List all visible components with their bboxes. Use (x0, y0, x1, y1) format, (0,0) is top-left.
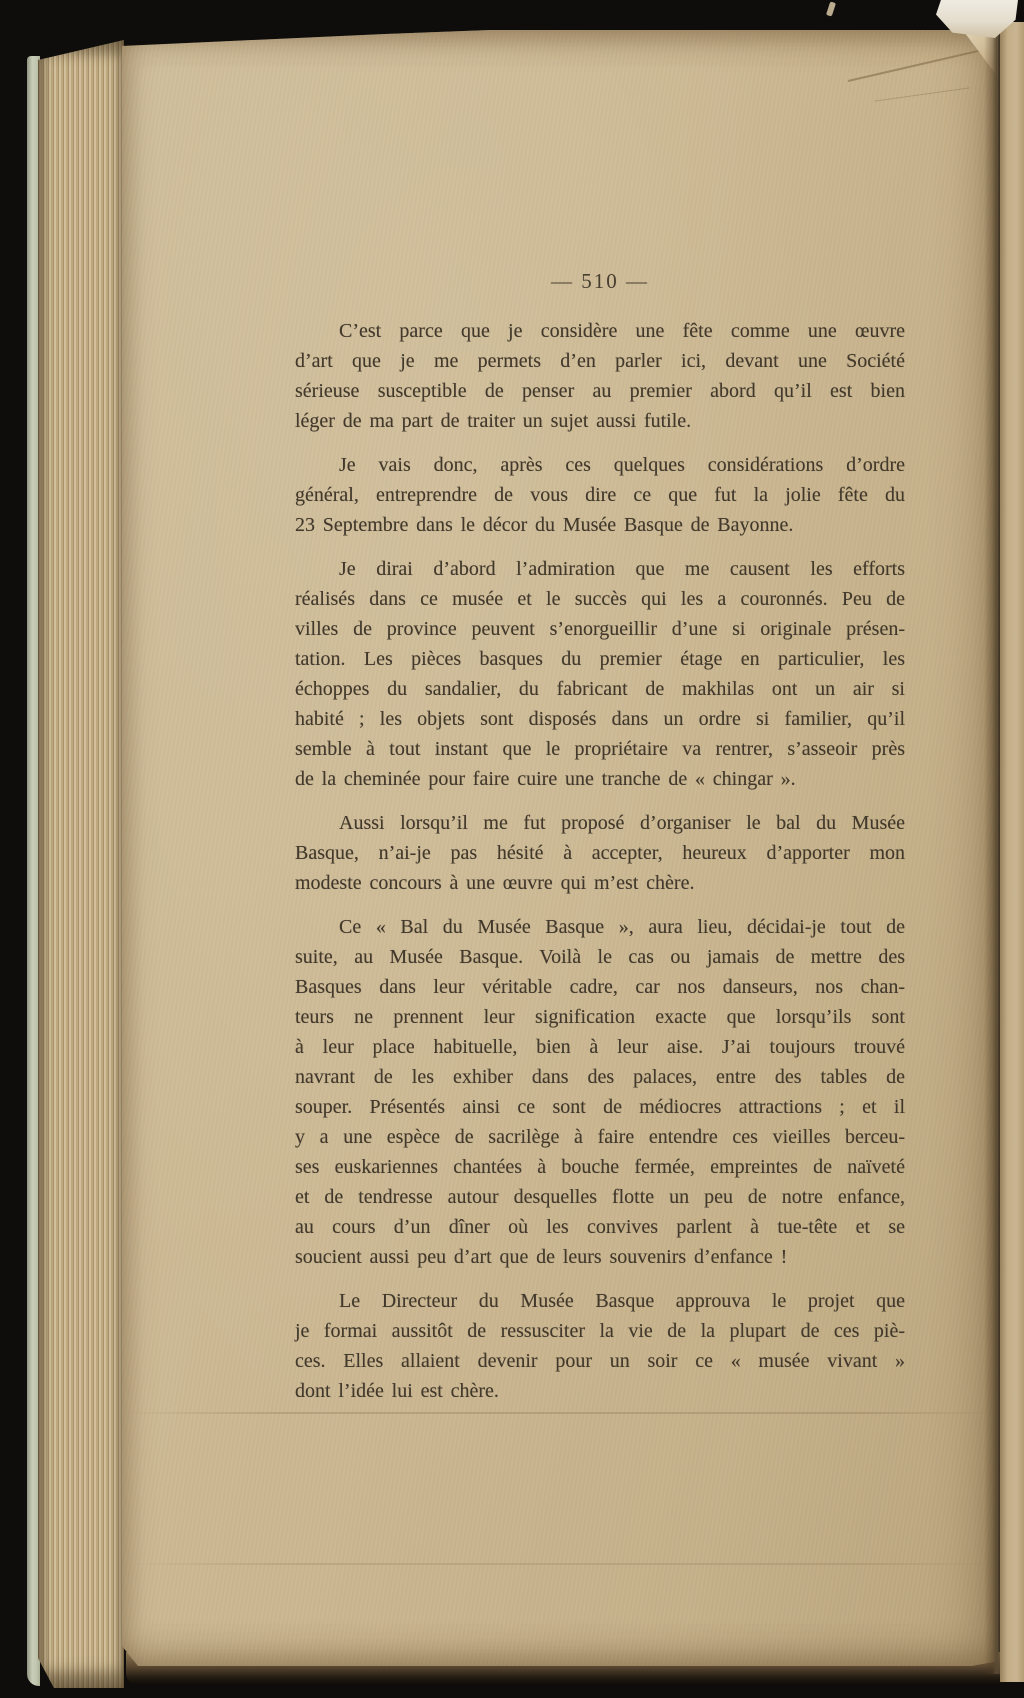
text-line: souper. Présentés ainsi ce sont de médio… (295, 1092, 905, 1122)
text-line: Je dirai d’abord l’admiration que me cau… (295, 554, 905, 584)
text-line: Le Directeur du Musée Basque approuva le… (295, 1286, 905, 1316)
paragraph: Le Directeur du Musée Basque approuva le… (295, 1286, 905, 1406)
paragraph: Ce « Bal du Musée Basque », aura lieu, d… (295, 912, 905, 1272)
text-line: y a une espèce de sacrilège à faire ente… (295, 1122, 905, 1152)
text-line: navrant de les exhiber dans des palaces,… (295, 1062, 905, 1092)
paper-speck (826, 1, 836, 16)
text-line: Basque, n’ai-je pas hésité à accepter, h… (295, 838, 905, 868)
text-line: tation. Les pièces basques du premier ét… (295, 644, 905, 674)
text-line: Je vais donc, après ces quelques considé… (295, 450, 905, 480)
paragraph: Aussi lorsqu’il me fut proposé d’organis… (295, 808, 905, 898)
text-line: et de tendresse autour desquelles flotte… (295, 1182, 905, 1212)
text-line: échoppes du sandalier, du fabricant de m… (295, 674, 905, 704)
facing-page-edge (1000, 22, 1024, 1682)
text-line: ces. Elles allaient devenir pour un soir… (295, 1346, 905, 1376)
text-line: réalisés dans ce musée et le succès qui … (295, 584, 905, 614)
page-number: — 510 — (295, 266, 905, 296)
text-line: soucient aussi peu d’art que de leurs so… (295, 1242, 905, 1272)
text-block: C’est parce que je considère une fête co… (295, 316, 905, 1406)
text-line: léger de ma part de traiter un sujet aus… (295, 406, 905, 436)
text-line: sérieuse susceptible de penser au premie… (295, 376, 905, 406)
page-content: — 510 — C’est parce que je considère une… (295, 30, 905, 1420)
text-line: ses euskariennes chantées à bouche fermé… (295, 1152, 905, 1182)
text-line: d’art que je me permets d’en parler ici,… (295, 346, 905, 376)
text-line: au cours d’un dîner où les convives parl… (295, 1212, 905, 1242)
text-line: à leur place habituelle, bien à leur ais… (295, 1032, 905, 1062)
page-edge-stack (38, 40, 124, 1688)
text-line: villes de province peuvent s’enorgueilli… (295, 614, 905, 644)
paragraph: Je vais donc, après ces quelques considé… (295, 450, 905, 540)
text-line: je formai aussitôt de ressusciter la vie… (295, 1316, 905, 1346)
paragraph: C’est parce que je considère une fête co… (295, 316, 905, 436)
text-line: dont l’idée lui est chère. (295, 1376, 905, 1406)
text-line: modeste concours à une œuvre qui m’est c… (295, 868, 905, 898)
scanned-book-page-photo: — 510 — C’est parce que je considère une… (0, 0, 1024, 1698)
text-line: 23 Septembre dans le décor du Musée Basq… (295, 510, 905, 540)
text-line: C’est parce que je considère une fête co… (295, 316, 905, 346)
book-page: — 510 — C’est parce que je considère une… (122, 30, 998, 1666)
text-line: semble à tout instant que le propriétair… (295, 734, 905, 764)
text-line: Aussi lorsqu’il me fut proposé d’organis… (295, 808, 905, 838)
text-line: Ce « Bal du Musée Basque », aura lieu, d… (295, 912, 905, 942)
text-line: teurs ne prennent leur signification exa… (295, 1002, 905, 1032)
text-line: suite, au Musée Basque. Voilà le cas ou … (295, 942, 905, 972)
paragraph: Je dirai d’abord l’admiration que me cau… (295, 554, 905, 794)
text-line: général, entreprendre de vous dire ce qu… (295, 480, 905, 510)
text-line: de la cheminée pour faire cuire une tran… (295, 764, 905, 794)
text-line: Basques dans leur véritable cadre, car n… (295, 972, 905, 1002)
text-line: habité ; les objets sont disposés dans u… (295, 704, 905, 734)
paper-crease (122, 1563, 998, 1565)
